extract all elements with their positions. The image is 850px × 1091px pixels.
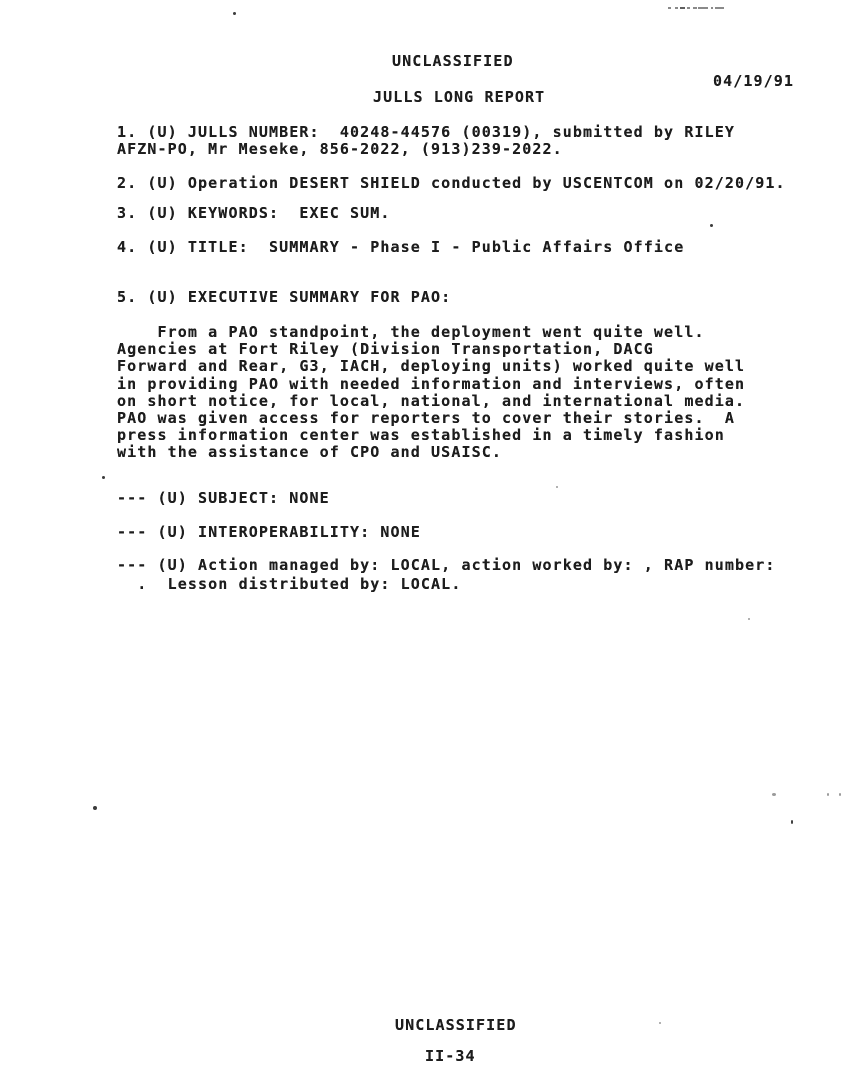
scan-speck <box>102 476 105 479</box>
scan-speck <box>839 793 841 796</box>
action-managed-lines: --- (U) Action managed by: LOCAL, action… <box>117 556 776 593</box>
scan-speck <box>659 1022 661 1024</box>
item-1-julls-number: 1. (U) JULLS NUMBER: 40248-44576 (00319)… <box>117 124 735 158</box>
scan-speck <box>233 12 236 15</box>
scan-speck <box>827 793 829 796</box>
scanned-report-page: UNCLASSIFIED 04/19/91 JULLS LONG REPORT … <box>0 0 850 1091</box>
item-5-heading: 5. (U) EXECUTIVE SUMMARY FOR PAO: <box>117 289 451 306</box>
report-title: JULLS LONG REPORT <box>373 89 545 106</box>
scan-speck <box>556 486 558 488</box>
header-classification-banner: UNCLASSIFIED <box>392 53 514 70</box>
footer-page-number: II-34 <box>425 1048 476 1065</box>
item-3-keywords: 3. (U) KEYWORDS: EXEC SUM. <box>117 205 391 222</box>
item-5-summary-paragraph: From a PAO standpoint, the deployment we… <box>117 324 745 462</box>
scan-speck <box>772 793 776 796</box>
subject-line: --- (U) SUBJECT: NONE <box>117 490 330 507</box>
item-4-title: 4. (U) TITLE: SUMMARY - Phase I - Public… <box>117 239 684 256</box>
interoperability-line: --- (U) INTEROPERABILITY: NONE <box>117 524 421 541</box>
scan-speck <box>93 806 97 810</box>
scan-artifact-dashes <box>668 7 728 10</box>
item-2-operation: 2. (U) Operation DESERT SHIELD conducted… <box>117 175 786 192</box>
footer-classification-banner: UNCLASSIFIED <box>395 1017 517 1034</box>
scan-speck <box>748 618 750 620</box>
scan-speck <box>791 820 793 824</box>
report-date: 04/19/91 <box>713 73 794 90</box>
scan-speck <box>710 224 713 227</box>
